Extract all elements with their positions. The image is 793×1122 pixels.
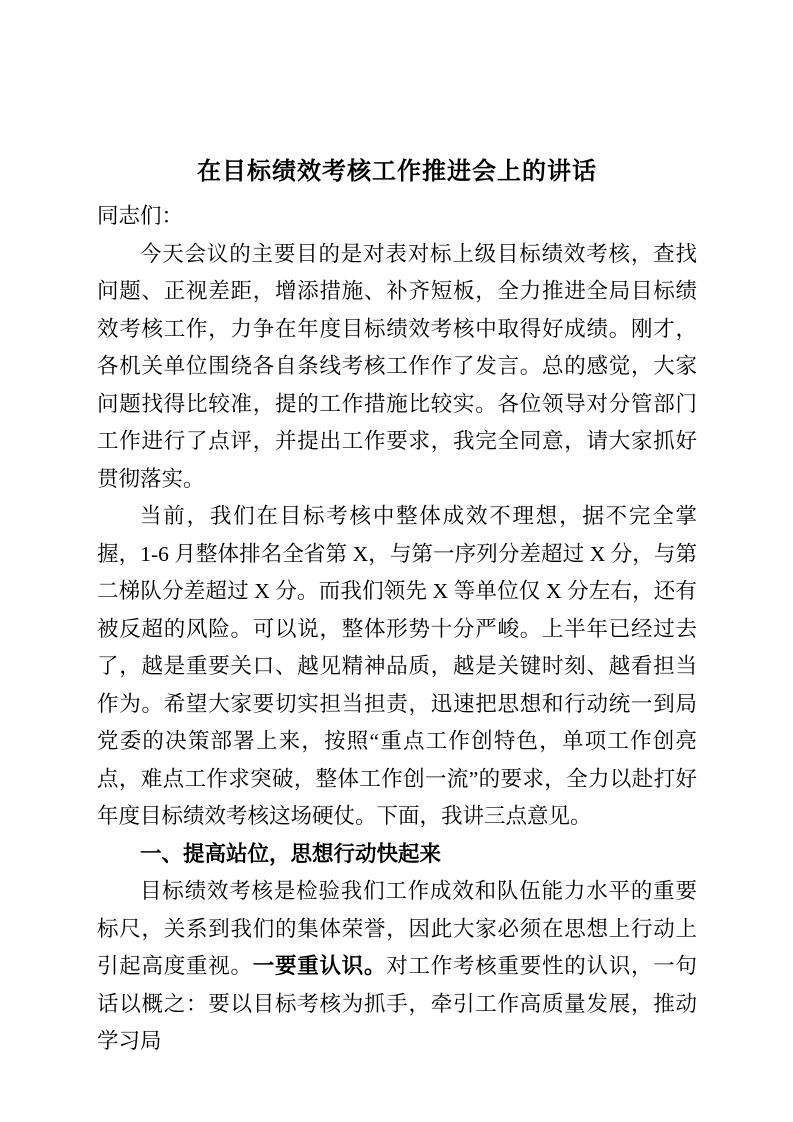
- paragraph-opening: 今天会议的主要目的是对表对标上级目标绩效考核，查找问题、正视差距，增添措施、补齐…: [97, 236, 697, 499]
- paragraph-situation: 当前，我们在目标考核中整体成效不理想，据不完全掌握，1-6 月整体排名全省第 X…: [97, 498, 697, 836]
- document-content: 在目标绩效考核工作推进会上的讲话 同志们： 今天会议的主要目的是对表对标上级目标…: [97, 152, 697, 1061]
- section-heading-1: 一、提高站位，思想行动快起来: [97, 836, 697, 874]
- salutation: 同志们：: [97, 198, 697, 236]
- document-title: 在目标绩效考核工作推进会上的讲话: [97, 152, 697, 192]
- document-page: 在目标绩效考核工作推进会上的讲话 同志们： 今天会议的主要目的是对表对标上级目标…: [0, 0, 793, 1122]
- paragraph-section-1: 目标绩效考核是检验我们工作成效和队伍能力水平的重要标尺，关系到我们的集体荣誉，因…: [97, 873, 697, 1061]
- paragraph-section-1-emphasis: 一要重认识。: [253, 954, 387, 978]
